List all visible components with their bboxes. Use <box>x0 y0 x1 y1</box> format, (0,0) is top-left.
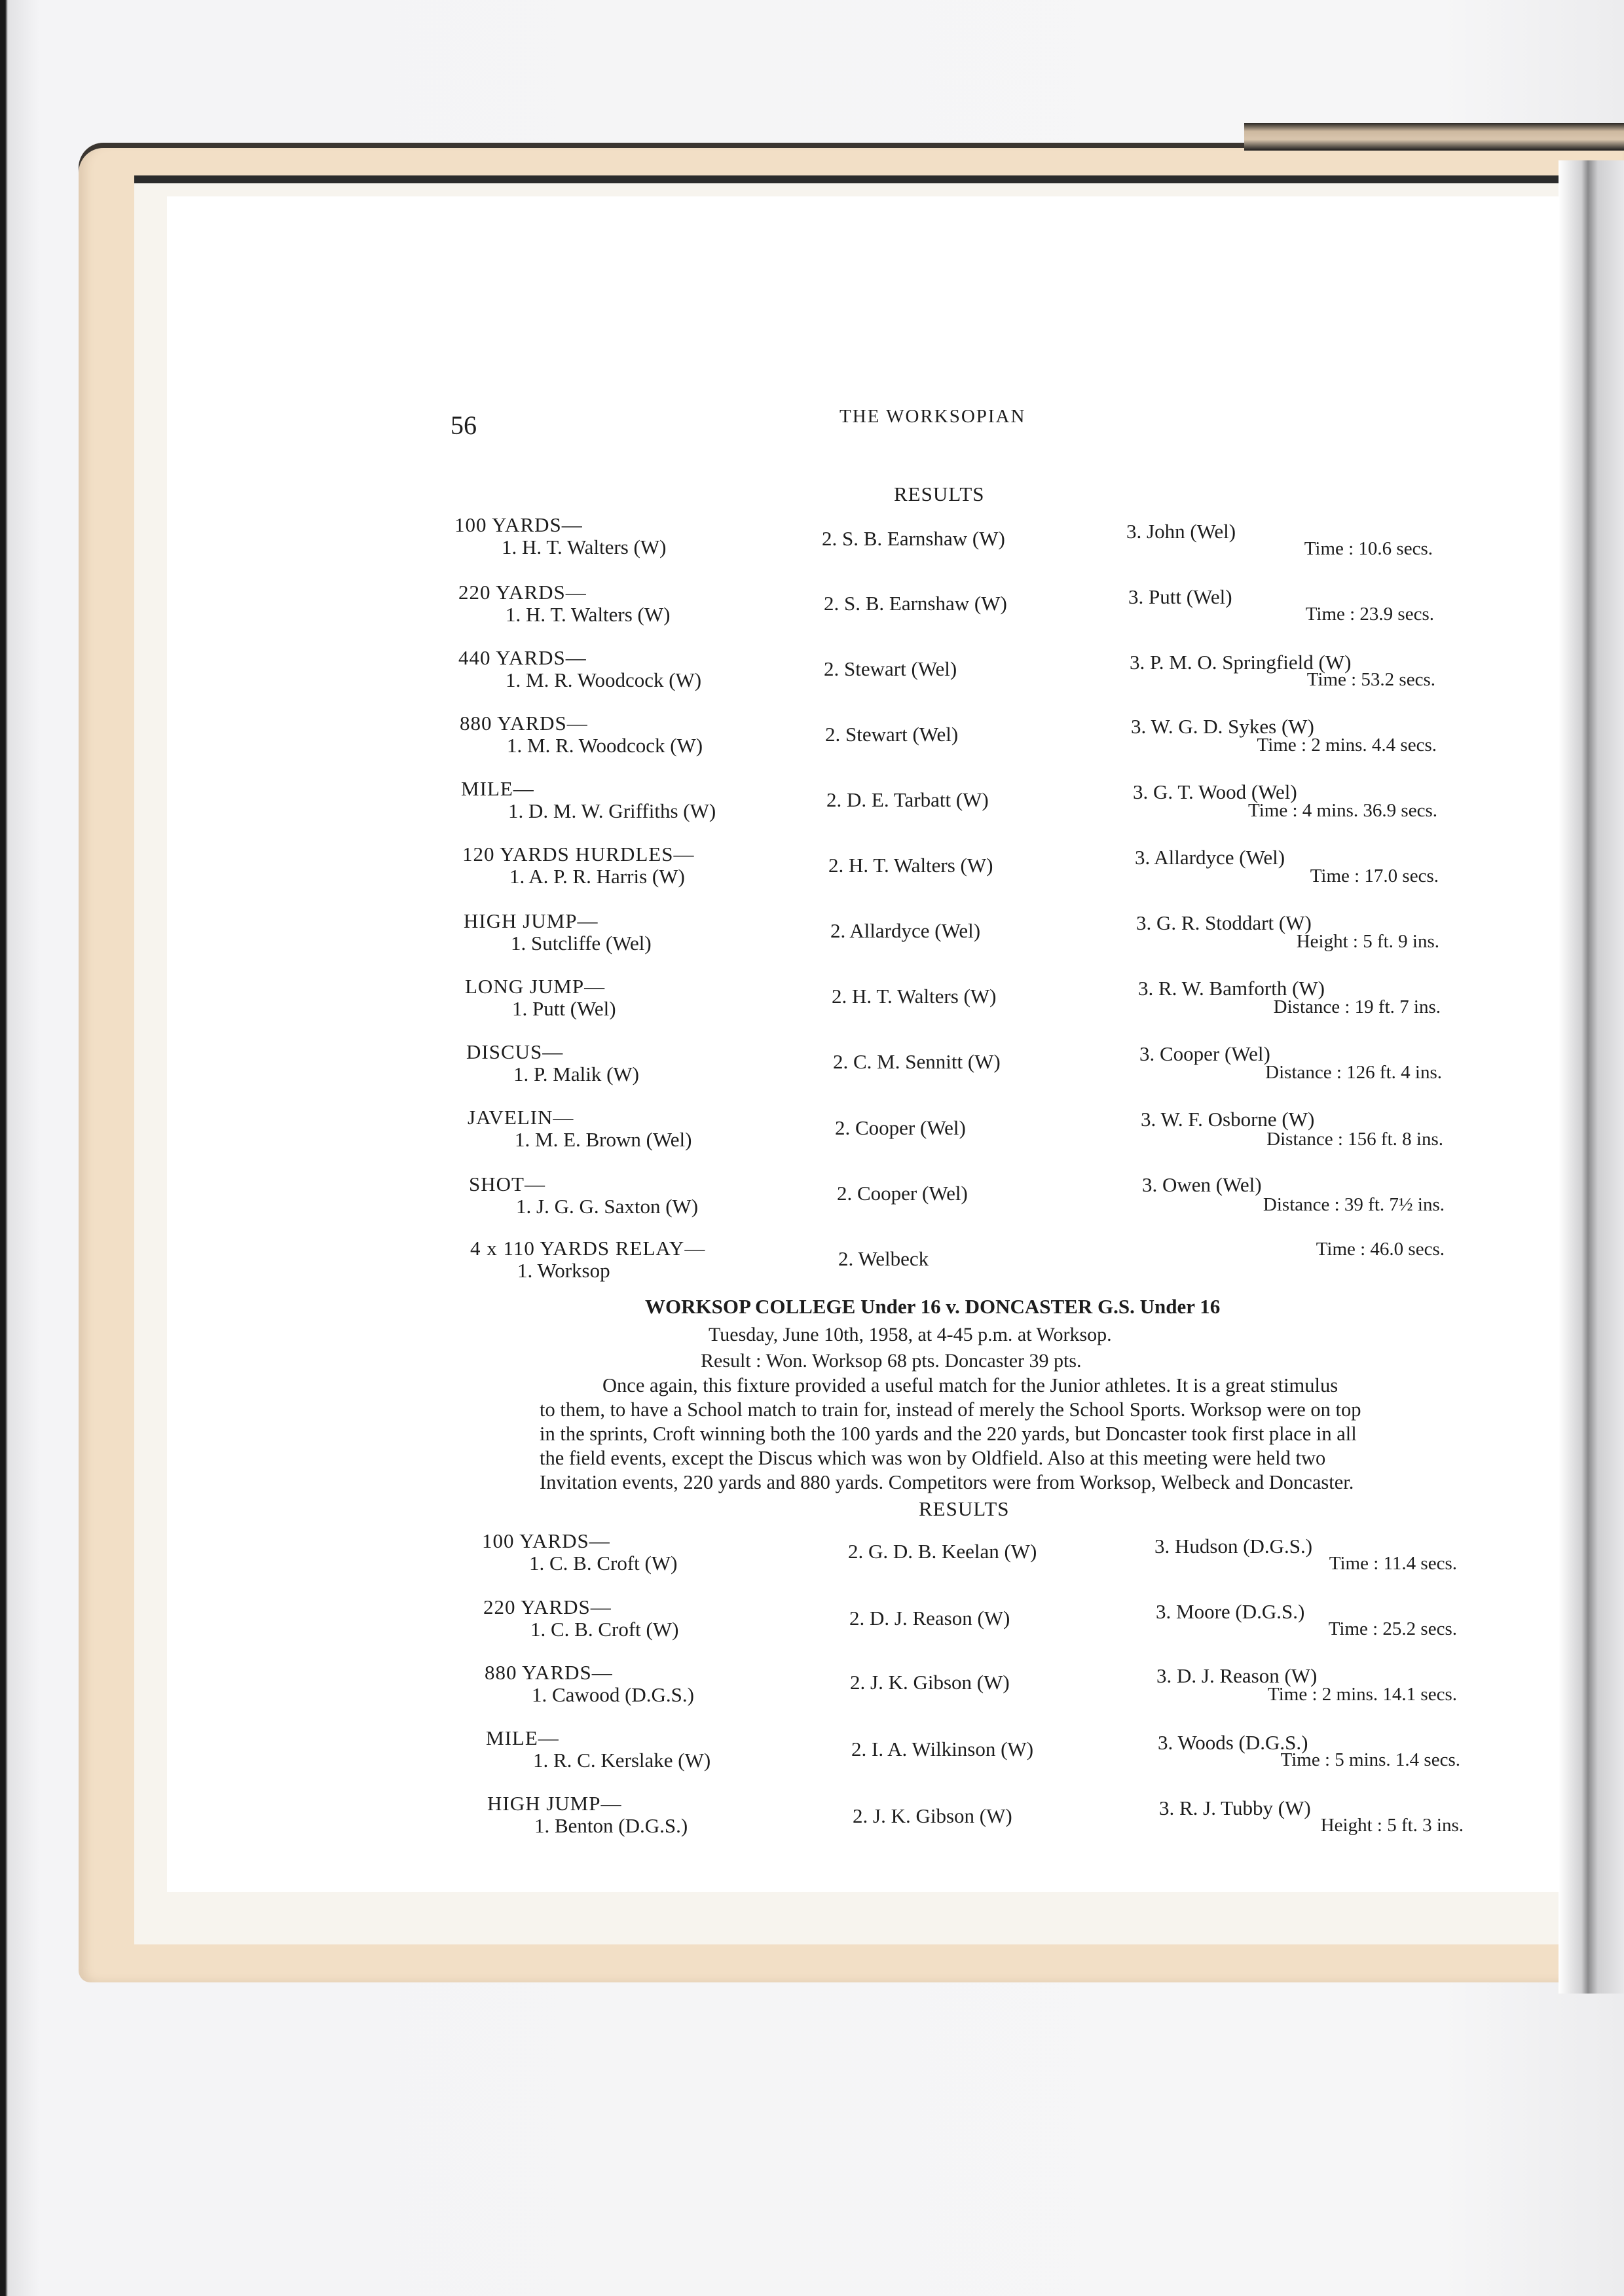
first-place: 1. C. B. Croft (W) <box>483 1618 678 1641</box>
event-entry: MILE— 1. D. M. W. Griffiths (W) <box>461 778 716 822</box>
event-entry: HIGH JUMP— 1. Benton (D.G.S.) <box>487 1793 688 1837</box>
second-place: 2. Welbeck <box>838 1248 929 1270</box>
first-place: 1. R. C. Kerslake (W) <box>486 1749 710 1772</box>
event-entry: HIGH JUMP— 1. Sutcliffe (Wel) <box>464 910 652 955</box>
result-measure: Time : 25.2 secs. <box>1329 1618 1457 1640</box>
event-entry: 100 YARDS— 1. H. T. Walters (W) <box>454 514 666 558</box>
event-entry: MILE— 1. R. C. Kerslake (W) <box>486 1727 710 1772</box>
event-name: DISCUS— <box>466 1040 563 1063</box>
second-place: 2. D. J. Reason (W) <box>849 1607 1010 1630</box>
third-place: 3. Hudson (D.G.S.) <box>1154 1535 1312 1558</box>
event-name: 4 x 110 YARDS RELAY— <box>470 1237 705 1260</box>
result-measure: Time : 5 mins. 1.4 secs. <box>1281 1749 1460 1771</box>
event-entry: SHOT— 1. J. G. G. Saxton (W) <box>469 1173 698 1218</box>
first-place: 1. P. Malik (W) <box>466 1063 639 1085</box>
second-place: 2. H. T. Walters (W) <box>828 854 993 877</box>
result-measure: Height : 5 ft. 9 ins. <box>1297 931 1439 953</box>
second-place: 2. D. E. Tarbatt (W) <box>826 789 989 811</box>
result-measure: Time : 23.9 secs. <box>1306 604 1434 625</box>
paragraph-line: in the sprints, Croft winning both the 1… <box>540 1422 1525 1446</box>
second-place: 2. Allardyce (Wel) <box>830 920 980 942</box>
event-entry: 880 YARDS— 1. M. R. Woodcock (W) <box>460 712 703 757</box>
first-place: 1. M. R. Woodcock (W) <box>458 669 701 691</box>
result-measure: Time : 53.2 secs. <box>1307 669 1435 691</box>
paragraph-line: the field events, except the Discus whic… <box>540 1446 1525 1470</box>
event-name: 880 YARDS— <box>460 712 588 735</box>
result-measure: Distance : 156 ft. 8 ins. <box>1266 1129 1443 1150</box>
third-place: 3. Putt (Wel) <box>1128 586 1232 608</box>
match-date: Tuesday, June 10th, 1958, at 4-45 p.m. a… <box>709 1324 1112 1346</box>
second-place: 2. I. A. Wilkinson (W) <box>851 1738 1033 1760</box>
first-place: 1. H. T. Walters (W) <box>458 604 670 626</box>
third-place: 3. W. F. Osborne (W) <box>1141 1108 1314 1131</box>
results-heading: RESULTS <box>894 483 985 506</box>
second-place: 2. J. K. Gibson (W) <box>850 1671 1010 1694</box>
paragraph-line: to them, to have a School match to train… <box>540 1398 1525 1422</box>
event-name: 440 YARDS— <box>458 646 587 669</box>
first-place: 1. Worksop <box>470 1260 705 1282</box>
event-name: 100 YARDS— <box>454 513 583 536</box>
result-measure: Time : 2 mins. 4.4 secs. <box>1257 735 1437 756</box>
first-place: 1. Cawood (D.G.S.) <box>485 1684 694 1706</box>
event-entry: 880 YARDS— 1. Cawood (D.G.S.) <box>485 1662 694 1706</box>
event-name: 100 YARDS— <box>482 1529 610 1552</box>
first-place: 1. H. T. Walters (W) <box>454 536 666 558</box>
event-name: 120 YARDS HURDLES— <box>462 843 694 866</box>
third-place: 3. Allardyce (Wel) <box>1135 847 1285 869</box>
first-place: 1. J. G. G. Saxton (W) <box>469 1195 698 1218</box>
first-place: 1. Putt (Wel) <box>465 998 616 1020</box>
first-place: 1. A. P. R. Harris (W) <box>462 866 694 888</box>
event-entry: JAVELIN— 1. M. E. Brown (Wel) <box>468 1106 692 1151</box>
third-place: 3. John (Wel) <box>1126 520 1236 543</box>
second-place: 2. S. B. Earnshaw (W) <box>824 592 1007 615</box>
paragraph-text: Once again, this fixture provided a usef… <box>602 1374 1338 1396</box>
results-heading-junior: RESULTS <box>919 1497 1010 1521</box>
result-measure: Distance : 19 ft. 7 ins. <box>1274 996 1441 1018</box>
paragraph-line: Invitation events, 220 yards and 880 yar… <box>540 1470 1525 1495</box>
second-place: 2. G. D. B. Keelan (W) <box>848 1540 1037 1563</box>
first-place: 1. D. M. W. Griffiths (W) <box>461 800 716 822</box>
third-place: 3. R. J. Tubby (W) <box>1159 1797 1311 1819</box>
event-entry: 100 YARDS— 1. C. B. Croft (W) <box>482 1530 677 1575</box>
event-name: 880 YARDS— <box>485 1661 613 1684</box>
event-name: HIGH JUMP— <box>464 909 599 932</box>
second-place: 2. Stewart (Wel) <box>824 658 957 680</box>
second-place: 2. Stewart (Wel) <box>825 723 958 746</box>
event-name: HIGH JUMP— <box>487 1792 622 1815</box>
second-place: 2. Cooper (Wel) <box>837 1182 968 1205</box>
second-place: 2. S. B. Earnshaw (W) <box>822 528 1005 550</box>
running-title: THE WORKSOPIAN <box>840 406 1025 428</box>
result-measure: Distance : 39 ft. 7½ ins. <box>1263 1194 1445 1216</box>
event-entry: 120 YARDS HURDLES— 1. A. P. R. Harris (W… <box>462 843 694 888</box>
first-place: 1. M. R. Woodcock (W) <box>460 735 703 757</box>
third-place: 3. Owen (Wel) <box>1142 1174 1262 1196</box>
cover-edge <box>1244 123 1624 151</box>
event-entry: 4 x 110 YARDS RELAY— 1. Worksop <box>470 1237 705 1282</box>
result-measure: Time : 10.6 secs. <box>1304 538 1433 560</box>
result-measure: Time : 17.0 secs. <box>1310 866 1439 887</box>
event-name: 220 YARDS— <box>458 581 587 604</box>
paragraph-line: Once again, this fixture provided a usef… <box>540 1374 1525 1398</box>
result-measure: Time : 46.0 secs. <box>1316 1239 1445 1260</box>
event-name: JAVELIN— <box>468 1106 574 1129</box>
match-report-paragraph: Once again, this fixture provided a usef… <box>540 1374 1525 1495</box>
event-entry: DISCUS— 1. P. Malik (W) <box>466 1041 639 1085</box>
book-gutter <box>1559 160 1624 1994</box>
first-place: 1. Sutcliffe (Wel) <box>464 932 652 955</box>
event-entry: 220 YARDS— 1. H. T. Walters (W) <box>458 581 670 626</box>
event-name: SHOT— <box>469 1173 545 1195</box>
event-name: MILE— <box>461 777 534 800</box>
event-name: MILE— <box>486 1726 559 1749</box>
event-entry: 220 YARDS— 1. C. B. Croft (W) <box>483 1596 678 1641</box>
third-place: 3. Moore (D.G.S.) <box>1156 1601 1304 1623</box>
match-result: Result : Won. Worksop 68 pts. Doncaster … <box>701 1350 1082 1372</box>
first-place: 1. Benton (D.G.S.) <box>487 1815 688 1837</box>
page-number: 56 <box>451 410 477 441</box>
event-entry: LONG JUMP— 1. Putt (Wel) <box>465 975 616 1020</box>
match-title: WORKSOP COLLEGE Under 16 v. DONCASTER G.… <box>645 1295 1220 1319</box>
result-measure: Distance : 126 ft. 4 ins. <box>1265 1062 1442 1084</box>
first-place: 1. M. E. Brown (Wel) <box>468 1129 692 1151</box>
result-measure: Time : 11.4 secs. <box>1329 1553 1457 1575</box>
event-name: 220 YARDS— <box>483 1595 612 1618</box>
second-place: 2. H. T. Walters (W) <box>832 985 996 1008</box>
first-place: 1. C. B. Croft (W) <box>482 1552 677 1575</box>
event-entry: 440 YARDS— 1. M. R. Woodcock (W) <box>458 647 701 691</box>
third-place: 3. G. R. Stoddart (W) <box>1136 912 1312 934</box>
result-measure: Time : 4 mins. 36.9 secs. <box>1248 800 1437 822</box>
second-place: 2. Cooper (Wel) <box>835 1117 966 1139</box>
second-place: 2. C. M. Sennitt (W) <box>833 1051 1001 1073</box>
result-measure: Time : 2 mins. 14.1 secs. <box>1268 1684 1457 1705</box>
event-name: LONG JUMP— <box>465 975 605 998</box>
third-place: 3. Cooper (Wel) <box>1139 1043 1270 1065</box>
second-place: 2. J. K. Gibson (W) <box>853 1805 1012 1827</box>
result-measure: Height : 5 ft. 3 ins. <box>1321 1815 1464 1836</box>
